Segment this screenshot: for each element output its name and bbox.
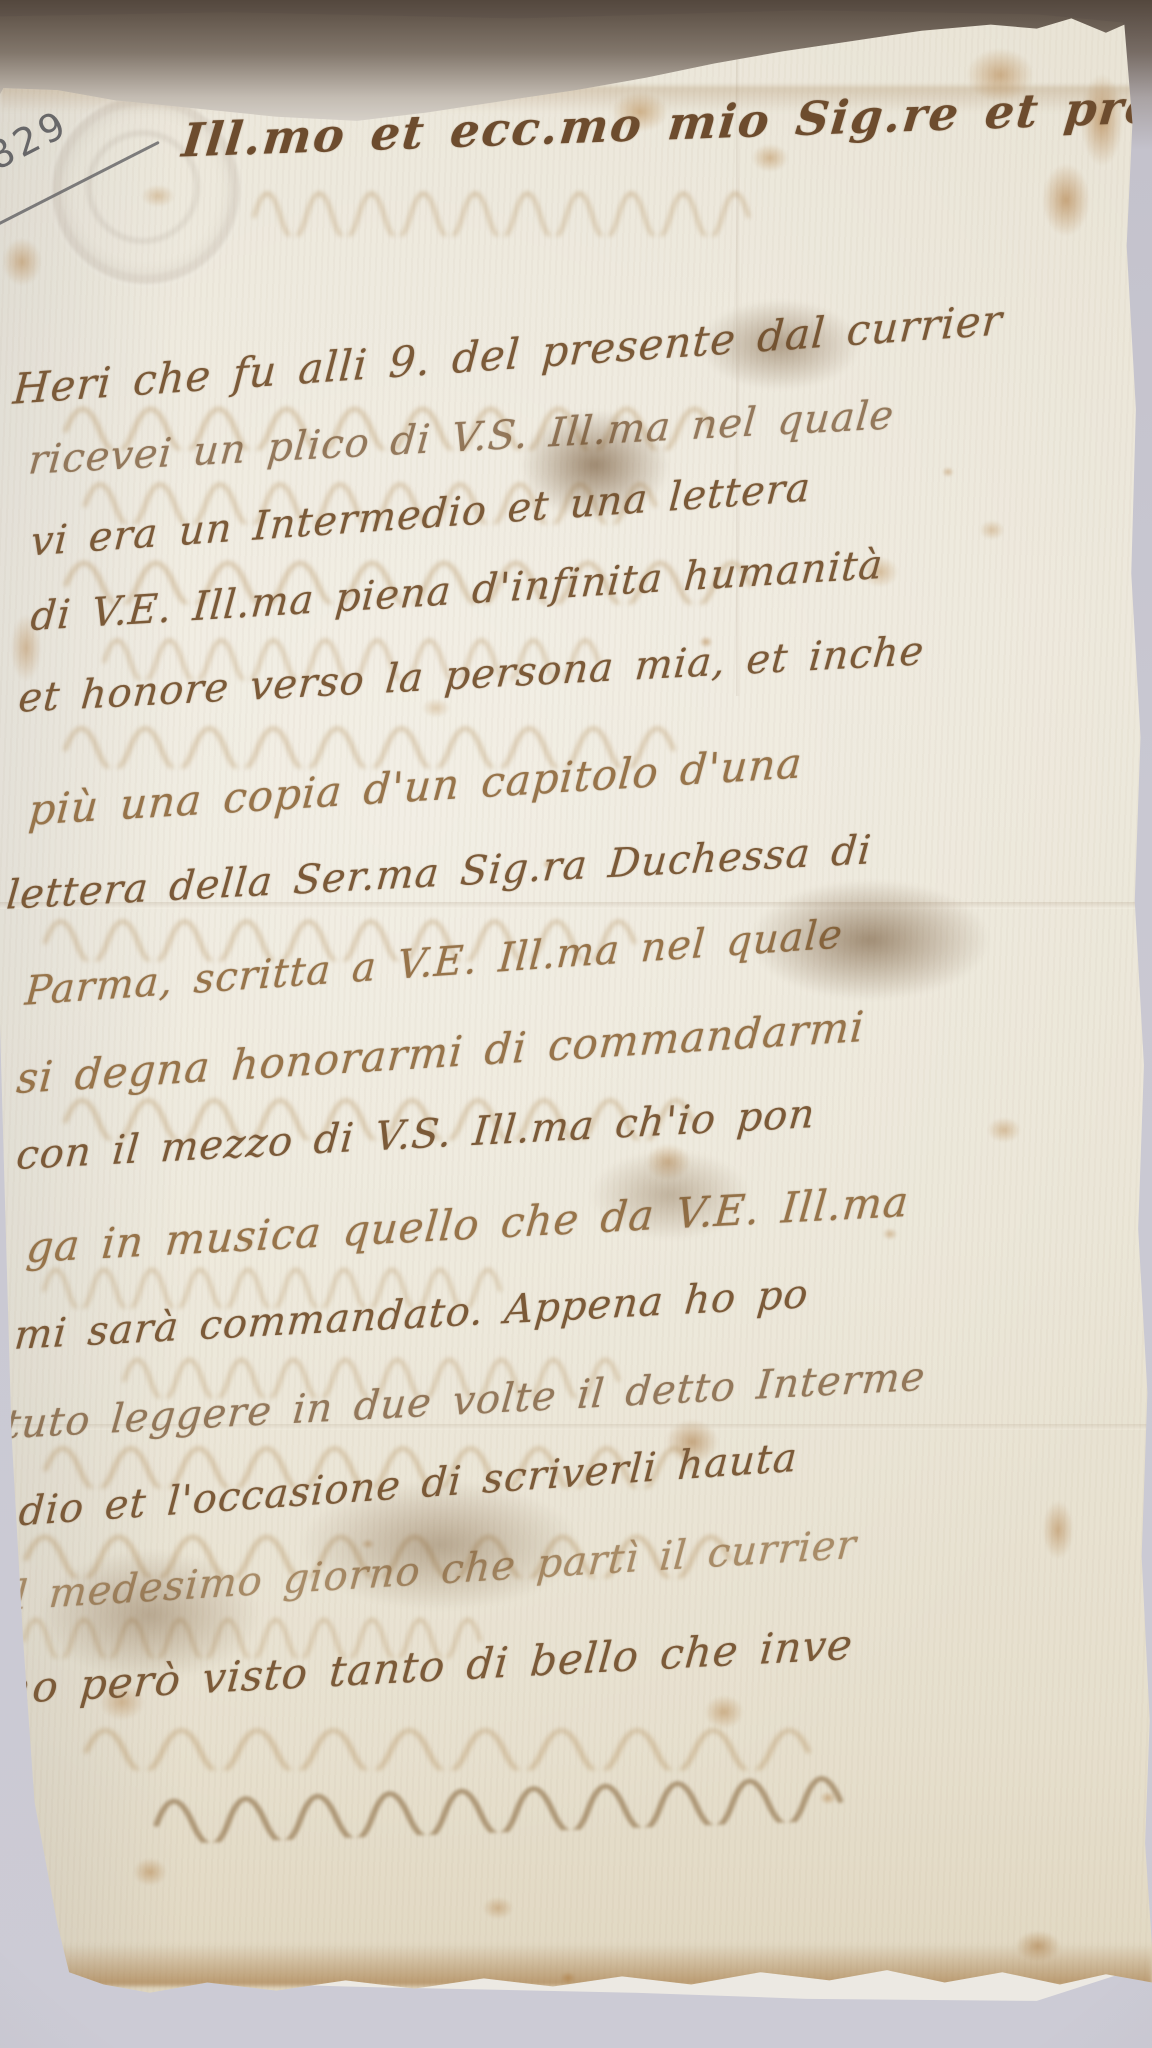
ink-blot — [700, 300, 860, 390]
ink-bleed-ghost — [250, 176, 770, 236]
ink-blot — [40, 1550, 260, 1680]
ink-blot — [520, 410, 670, 520]
manuscript-sheet: 829 Ill.mo et ecc.mo mio Sig.re et pron … — [0, 0, 1152, 2048]
ink-blot — [300, 1480, 580, 1610]
ink-blot — [750, 880, 990, 1000]
ink-blot — [590, 1150, 750, 1240]
ink-bleed-ghost — [80, 1714, 840, 1770]
photo-of-manuscript: 829 Ill.mo et ecc.mo mio Sig.re et pron … — [0, 0, 1152, 2048]
ink-bleed-ghost — [149, 1759, 871, 1844]
